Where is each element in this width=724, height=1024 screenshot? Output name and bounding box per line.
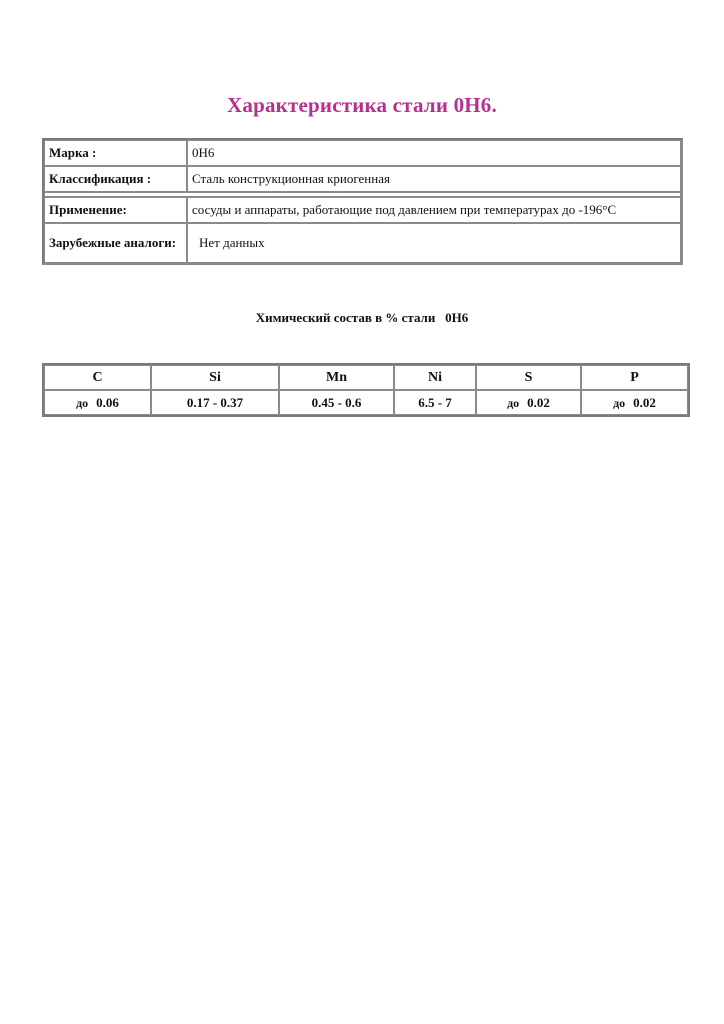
element-value: до0.02	[476, 390, 581, 415]
property-value: 0Н6	[187, 140, 681, 166]
element-value: до0.02	[581, 390, 688, 415]
element-value-row: до0.06 0.17 - 0.37 0.45 - 0.6 6.5 - 7 до…	[44, 390, 688, 415]
property-row-foreign-analogs: Зарубежные аналоги: Нет данных	[44, 223, 681, 263]
value-prefix: до	[613, 396, 625, 410]
element-header: Ni	[394, 365, 476, 390]
element-header: S	[476, 365, 581, 390]
property-value: Сталь конструкционная криогенная	[187, 166, 681, 192]
value-number: 6.5 - 7	[418, 395, 452, 410]
value-prefix: до	[507, 396, 519, 410]
property-row-classification: Классификация : Сталь конструкционная кр…	[44, 166, 681, 192]
property-label: Классификация :	[44, 166, 187, 192]
element-header: Mn	[279, 365, 394, 390]
value-number: 0.02	[633, 395, 656, 410]
property-label: Зарубежные аналоги:	[44, 223, 187, 263]
property-row-grade: Марка : 0Н6	[44, 140, 681, 166]
page-title: Характеристика стали 0Н6.	[0, 93, 724, 118]
element-value: 6.5 - 7	[394, 390, 476, 415]
value-number: 0.17 - 0.37	[187, 395, 243, 410]
value-number: 0.02	[527, 395, 550, 410]
value-prefix: до	[76, 396, 88, 410]
value-number: 0.45 - 0.6	[312, 395, 362, 410]
property-row-application: Применение: сосуды и аппараты, работающи…	[44, 197, 681, 223]
chemical-composition-title: Химический состав в % стали 0Н6	[0, 310, 724, 326]
element-header: C	[44, 365, 151, 390]
property-label: Применение:	[44, 197, 187, 223]
property-value: сосуды и аппараты, работающие под давлен…	[187, 197, 681, 223]
element-header: P	[581, 365, 688, 390]
property-value: Нет данных	[187, 223, 681, 263]
value-number: 0.06	[96, 395, 119, 410]
element-value: 0.45 - 0.6	[279, 390, 394, 415]
element-header-row: C Si Mn Ni S P	[44, 365, 688, 390]
chemical-composition-table: C Si Mn Ni S P до0.06 0.17 - 0.37 0.45 -…	[42, 363, 690, 417]
property-label: Марка :	[44, 140, 187, 166]
element-header: Si	[151, 365, 279, 390]
element-value: до0.06	[44, 390, 151, 415]
element-value: 0.17 - 0.37	[151, 390, 279, 415]
steel-properties-table: Марка : 0Н6 Классификация : Сталь констр…	[42, 138, 683, 265]
